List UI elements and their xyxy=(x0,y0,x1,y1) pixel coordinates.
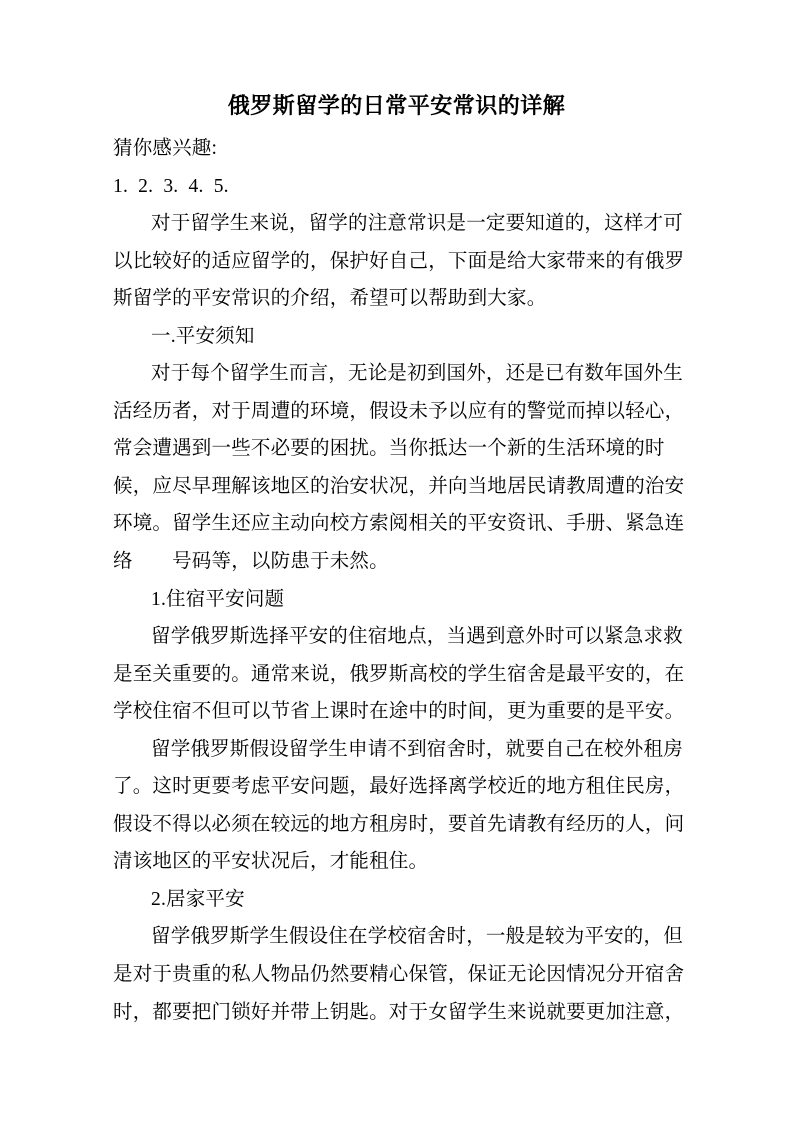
document-page: 俄罗斯留学的日常平安常识的详解 猜你感兴趣:1. 2. 3. 4. 5.对于留学… xyxy=(0,0,793,1122)
text-line: 以比较好的适应留学的，保护好自己，下面是给大家带来的有俄罗 xyxy=(113,243,713,281)
document-title: 俄罗斯留学的日常平安常识的详解 xyxy=(0,92,793,120)
text-line: 时，都要把门锁好并带上钥匙。对于女留学生来说就要更加注意， xyxy=(113,994,713,1032)
text-line: 活经历者，对于周遭的环境，假设未予以应有的警觉而掉以轻心， xyxy=(113,393,713,431)
text-line: 2.居家平安 xyxy=(113,881,713,919)
text-line: 对于留学生来说，留学的注意常识是一定要知道的，这样才可 xyxy=(113,205,713,243)
text-line: 对于每个留学生而言，无论是初到国外，还是已有数年国外生 xyxy=(113,355,713,393)
text-line: 留学俄罗斯假设留学生申请不到宿舍时，就要自己在校外租房 xyxy=(113,731,713,769)
text-line: 1.住宿平安问题 xyxy=(113,581,713,619)
text-line: 一.平安须知 xyxy=(113,318,713,356)
text-line: 常会遭遇到一些不必要的困扰。当你抵达一个新的生活环境的时 xyxy=(113,430,713,468)
text-line: 络 号码等，以防患于未然。 xyxy=(113,543,713,581)
document-body: 猜你感兴趣:1. 2. 3. 4. 5.对于留学生来说，留学的注意常识是一定要知… xyxy=(113,130,713,1031)
text-line: 留学俄罗斯学生假设住在学校宿舍时，一般是较为平安的，但 xyxy=(113,918,713,956)
text-line: 留学俄罗斯选择平安的住宿地点，当遇到意外时可以紧急求救 xyxy=(113,618,713,656)
text-line: 环境。留学生还应主动向校方索阅相关的平安资讯、手册、紧急连 xyxy=(113,505,713,543)
text-line: 假设不得以必须在较远的地方租房时，要首先请教有经历的人，问 xyxy=(113,806,713,844)
text-line: 猜你感兴趣: xyxy=(113,130,713,168)
text-line: 1. 2. 3. 4. 5. xyxy=(113,168,713,206)
text-line: 斯留学的平安常识的介绍，希望可以帮助到大家。 xyxy=(113,280,713,318)
text-line: 是对于贵重的私人物品仍然要精心保管，保证无论因情况分开宿舍 xyxy=(113,956,713,994)
text-line: 学校住宿不但可以节省上课时在途中的时间，更为重要的是平安。 xyxy=(113,693,713,731)
text-line: 是至关重要的。通常来说，俄罗斯高校的学生宿舍是最平安的，在 xyxy=(113,656,713,694)
text-line: 候，应尽早理解该地区的治安状况，并向当地居民请教周遭的治安 xyxy=(113,468,713,506)
text-line: 了。这时更要考虑平安问题，最好选择离学校近的地方租住民房， xyxy=(113,768,713,806)
text-line: 清该地区的平安状况后，才能租住。 xyxy=(113,843,713,881)
